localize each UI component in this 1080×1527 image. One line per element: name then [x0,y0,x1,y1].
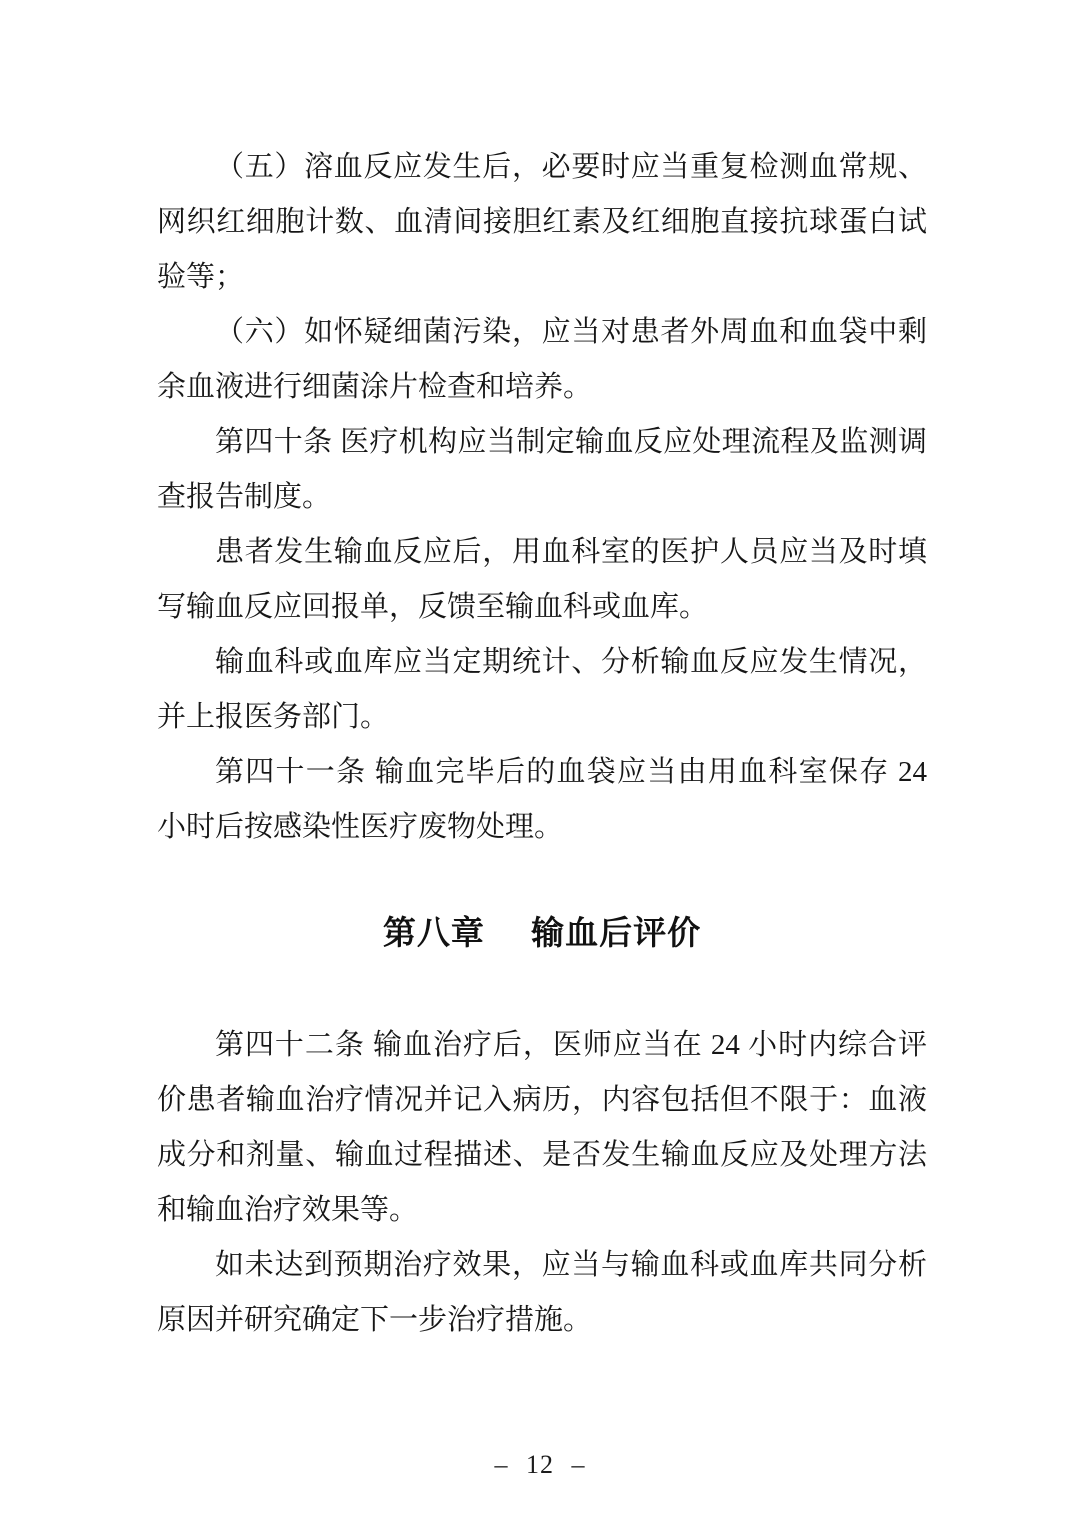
paragraph-article-40: 第四十条 医疗机构应当制定输血反应处理流程及监测调查报告制度。 [157,415,927,525]
paragraph-article-42: 第四十二条 输血治疗后，医师应当在 24 小时内综合评价患者输血治疗情况并记入病… [157,1018,927,1238]
paragraph-report-flow: 患者发生输血反应后，用血科室的医护人员应当及时填写输血反应回报单，反馈至输血科或… [157,525,927,635]
page-footer: – 12 – [0,1450,1080,1480]
paragraph-followup: 如未达到预期治疗效果，应当与输血科或血库共同分析原因并研究确定下一步治疗措施。 [157,1238,927,1348]
chapter-number: 第八章 [383,914,485,951]
chapter-title: 输血后评价 [531,914,701,951]
paragraph-article-41: 第四十一条 输血完毕后的血袋应当由用血科室保存 24 小时后按感染性医疗废物处理… [157,745,927,855]
paragraph-item-6: （六）如怀疑细菌污染，应当对患者外周血和血袋中剩余血液进行细菌涂片检查和培养。 [157,305,927,415]
paragraph-item-5: （五）溶血反应发生后，必要时应当重复检测血常规、网织红细胞计数、血清间接胆红素及… [157,140,927,305]
chapter-heading: 第八章输血后评价 [157,905,927,960]
document-body: （五）溶血反应发生后，必要时应当重复检测血常规、网织红细胞计数、血清间接胆红素及… [157,140,927,1348]
paragraph-statistics: 输血科或血库应当定期统计、分析输血反应发生情况，并上报医务部门。 [157,635,927,745]
document-page: （五）溶血反应发生后，必要时应当重复检测血常规、网织红细胞计数、血清间接胆红素及… [0,0,1080,1527]
page-number: – 12 – [495,1450,586,1479]
